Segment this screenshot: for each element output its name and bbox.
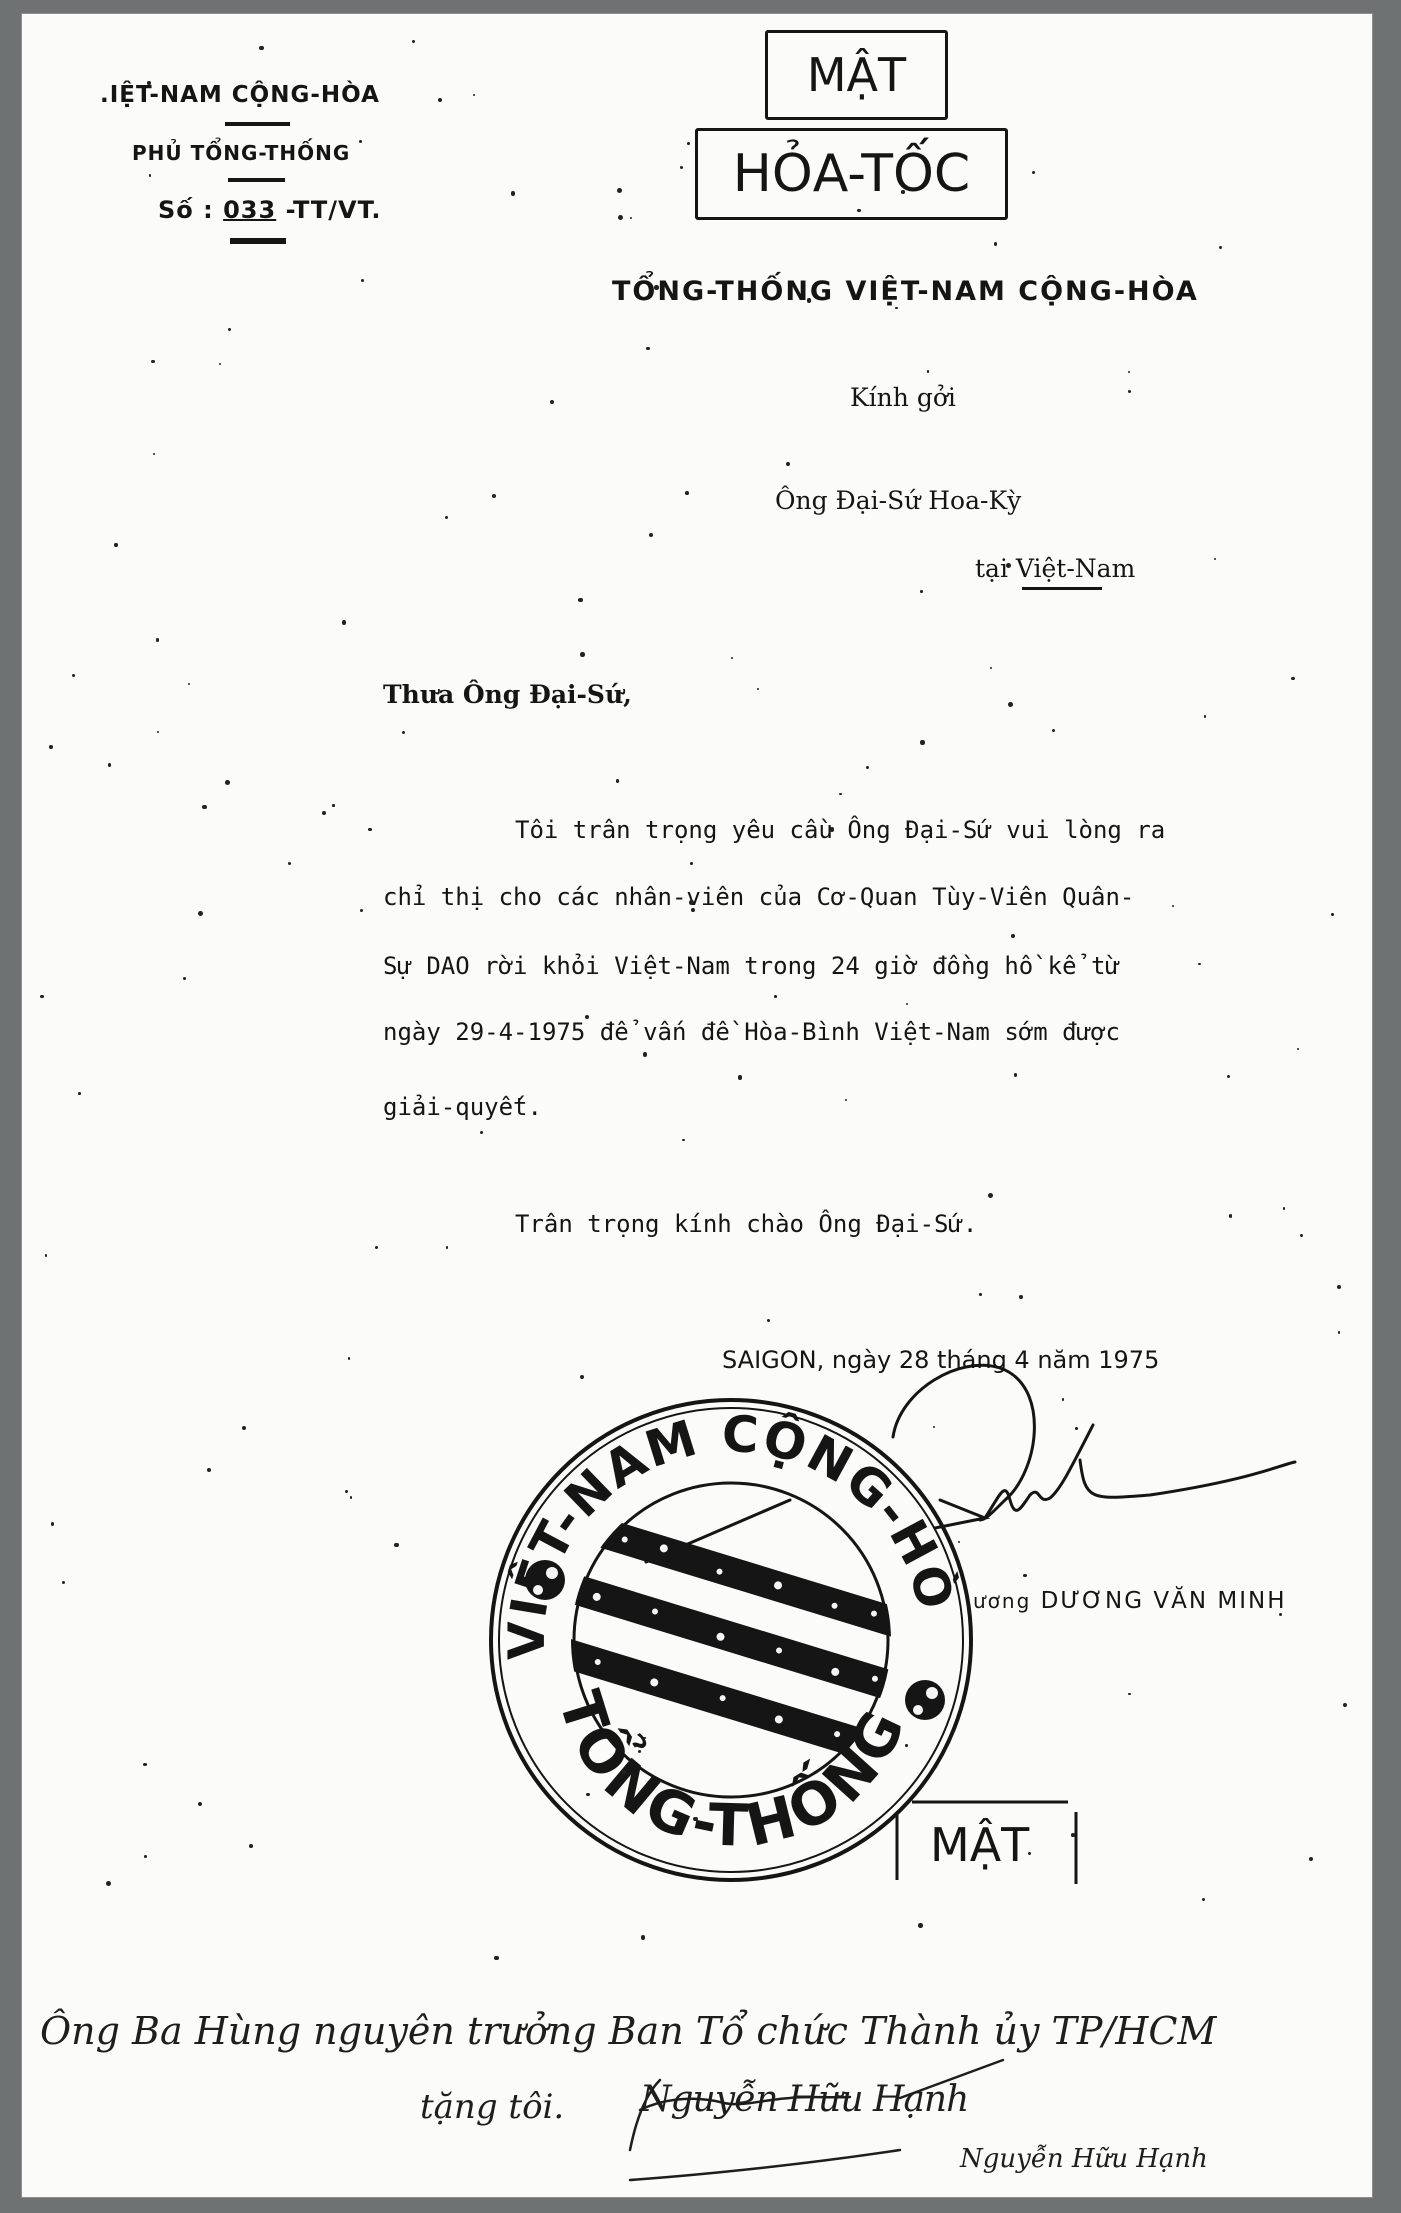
noise-dot — [646, 347, 649, 350]
noise-dot — [578, 598, 582, 602]
noise-dot — [689, 900, 694, 905]
noise-dot — [219, 363, 221, 365]
handwritten-note-line-1: Ông Ba Hùng nguyên trưởng Ban Tổ chức Th… — [40, 2012, 1216, 2050]
noise-dot — [114, 543, 117, 546]
noise-dot — [49, 745, 53, 749]
stamp-secret-bottom: MẬT — [930, 1822, 1029, 1868]
noise-dot — [1032, 171, 1035, 174]
noise-dot — [1229, 1214, 1232, 1217]
noise-dot — [685, 491, 689, 495]
noise-dot — [1014, 1073, 1018, 1077]
noise-dot — [643, 1737, 645, 1739]
noise-dot — [143, 1763, 147, 1767]
svg-text:VIỆT-NAM CỘNG-HÒA: VIỆT-NAM CỘNG-HÒA — [0, 0, 966, 1660]
handwritten-signature-text: Nguyễn Hữu Hạnh — [640, 2082, 968, 2118]
noise-dot — [198, 1802, 202, 1806]
noise-dot — [40, 995, 43, 998]
noise-dot — [774, 995, 777, 998]
noise-dot — [446, 1246, 448, 1248]
handwritten-note-line-2: tặng tôi. — [420, 2090, 564, 2124]
noise-dot — [617, 188, 622, 193]
noise-dot — [1008, 702, 1013, 707]
noise-dot — [1128, 1693, 1130, 1695]
noise-dot — [580, 1375, 584, 1379]
noise-dot — [249, 1844, 253, 1848]
noise-dot — [108, 763, 111, 766]
seal-top-text: VIỆT-NAM CỘNG-HÒA — [0, 0, 966, 1660]
noise-dot — [654, 285, 658, 289]
noise-dot — [1019, 1295, 1023, 1299]
noise-dot — [1338, 1331, 1340, 1333]
noise-dot — [45, 1254, 47, 1256]
noise-dot — [630, 217, 632, 219]
noise-dot — [580, 652, 584, 656]
noise-dot — [198, 911, 203, 916]
noise-dot — [1172, 905, 1174, 907]
noise-dot — [920, 740, 924, 744]
noise-dot — [151, 360, 154, 363]
noise-dot — [394, 1543, 399, 1548]
noise-dot — [342, 620, 346, 624]
noise-dot — [690, 862, 693, 865]
noise-dot — [807, 298, 811, 302]
noise-dot — [1006, 563, 1011, 568]
noise-dot — [494, 1956, 498, 1960]
noise-dot — [767, 1319, 770, 1322]
noise-dot — [920, 590, 923, 593]
noise-dot — [1128, 390, 1131, 393]
noise-dot — [1291, 677, 1294, 680]
noise-dot — [787, 1831, 789, 1833]
noise-dot — [149, 174, 152, 177]
noise-dot — [687, 142, 690, 145]
noise-dot — [979, 1293, 982, 1296]
handwritten-signature — [630, 2060, 1003, 2180]
noise-dot — [156, 638, 159, 641]
noise-dot — [905, 1744, 908, 1747]
noise-dot — [1075, 1427, 1078, 1430]
noise-dot — [375, 1246, 378, 1249]
noise-dot — [786, 462, 790, 466]
handwritten-printed-name: Nguyễn Hữu Hạnh — [960, 2146, 1208, 2172]
noise-dot — [693, 1817, 697, 1821]
noise-dot — [830, 827, 834, 831]
noise-dot — [1023, 1574, 1027, 1578]
noise-dot — [78, 1092, 81, 1095]
noise-dot — [1128, 371, 1130, 373]
noise-dot — [259, 46, 264, 51]
noise-dot — [1300, 1234, 1303, 1237]
noise-dot — [680, 166, 683, 169]
noise-dot — [106, 1881, 111, 1886]
noise-dot — [990, 667, 992, 669]
noise-dot — [332, 804, 334, 806]
seal-emblem-left — [525, 1560, 565, 1600]
noise-dot — [1071, 1833, 1075, 1837]
noise-dot — [757, 688, 759, 690]
seal-and-signature: VIỆT-NAM CỘNG-HÒA TỔNG-THỐNG — [0, 0, 1401, 2213]
seal-emblem-right — [905, 1680, 945, 1720]
noise-dot — [147, 81, 151, 85]
noise-dot — [1011, 934, 1015, 938]
noise-dot — [918, 1923, 923, 1928]
noise-dot — [895, 307, 898, 310]
noise-dot — [402, 731, 405, 734]
noise-dot — [438, 98, 442, 102]
noise-dot — [901, 190, 904, 193]
noise-dot — [202, 805, 206, 809]
noise-dot — [994, 242, 997, 245]
noise-dot — [622, 1770, 626, 1774]
noise-dot — [691, 908, 695, 912]
